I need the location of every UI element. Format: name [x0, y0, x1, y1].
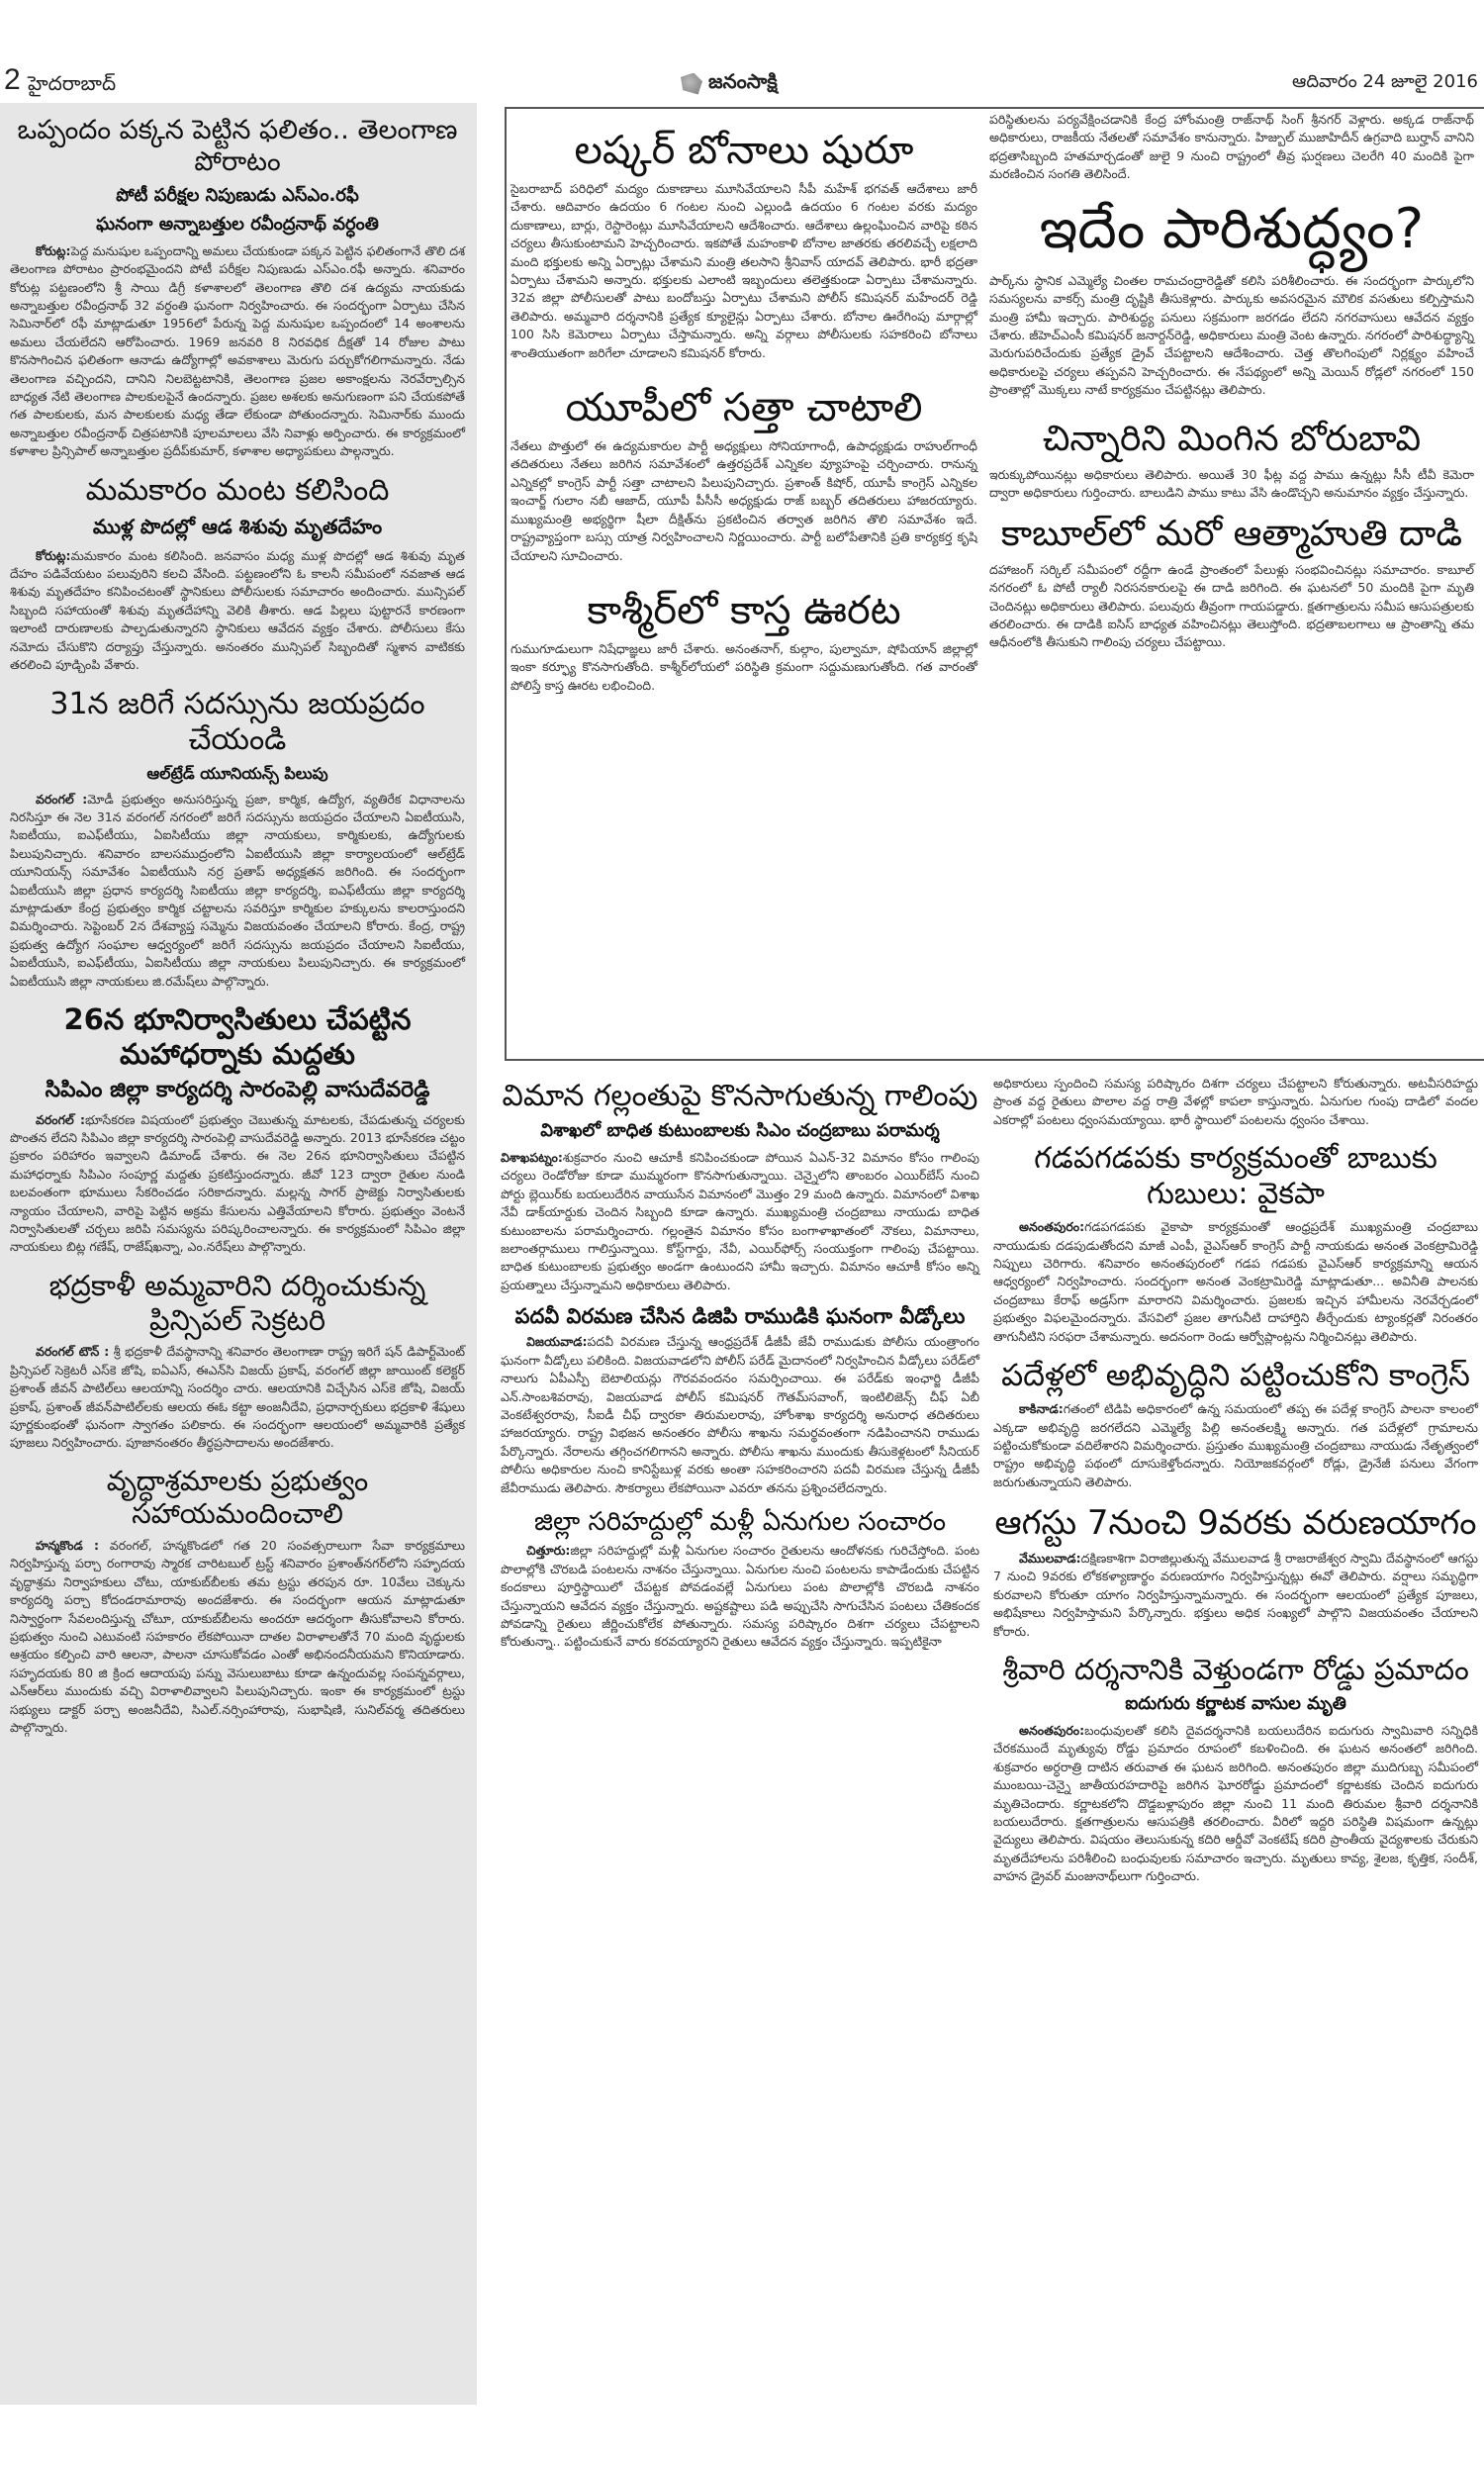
article-oppandam: ఒప్పందం పక్కన పెట్టిన ఫలితం.. తెలంగాణ పో…	[10, 115, 465, 461]
article-body: వరంగల్ :మోడీ ప్రభుత్వం అనుసరిస్తున్న ప్ర…	[10, 791, 465, 991]
article-body: అనంతపురం:బంధువులతో కలిసి దైవదర్శనానికి బ…	[993, 1722, 1478, 1886]
article-gadapagadapaku: గడపగడపకు కార్యక్రమంతో బాబుకు గుబులు: వైక…	[993, 1141, 1478, 1346]
article-body: వరంగల్ :భూసేకరణ విషయంలో ప్రభుత్వం చెబుతు…	[10, 1111, 465, 1257]
subheadline: సిపిఎం జిల్లా కార్యదర్శి సారంపెల్లి వాసు…	[10, 1078, 465, 1107]
headline: కాశ్మీర్‌లో కాస్త ఊరట	[510, 587, 977, 634]
article-varunayagam: ఆగస్టు 7నుంచి 9వరకు వరుణయాగం వేములవాడ:దక…	[993, 1503, 1478, 1641]
headline: మమకారం మంట కలిసింది	[10, 473, 465, 509]
article-kabul-dadi: కాబూల్‌లో మరో ఆత్మాహుతి దాడి దహాజంగ్ సర్…	[989, 513, 1474, 652]
headline: వృద్ధాశ్రమాలకు ప్రభుత్వం సహాయమందించాలి	[10, 1465, 465, 1531]
article-body: పరిస్థితులను పర్యవేక్షించడానికి కేంద్ర హ…	[989, 111, 1474, 184]
article-dgp-veedkolu: పదవీ విరమణ చేసిన డిజిపి రాముడికి ఘనంగా వ…	[501, 1304, 979, 1497]
headline: కాబూల్‌లో మరో ఆత్మాహుతి దాడి	[989, 513, 1474, 555]
subheadline: ఘనంగా అన్నాబత్తుల రవీంద్రనాథ్ వర్ధంతి	[10, 214, 465, 238]
logo-text: జనంసాక్షి	[708, 69, 778, 98]
subheadline: ముళ్ల పొదల్లో ఆడ శిశువు మృతదేహం	[10, 515, 465, 543]
article-body: చిత్తూరు:జిల్లా సరిహద్దుల్లో మళ్లీ ఏనుగు…	[501, 1542, 979, 1651]
article-body: వేములవాడ:దక్షిణకాశిగా విరాజిల్లుతున్న వే…	[993, 1550, 1478, 1641]
article-up-sattha: యూపీలో సత్తా చాటాలి నేతలు పొత్తులో ఈ ఉద్…	[510, 384, 977, 565]
article-body: వరంగల్ టౌన్ : శ్రీ భద్రకాళీ దేవస్థానాన్న…	[10, 1343, 465, 1452]
subheadline: ఐదుగురు కర్ణాటక వాసుల మృతి	[993, 1693, 1478, 1718]
headline: భద్రకాళీ అమ్మవారిని దర్శించుకున్న ప్రిన్…	[10, 1269, 465, 1338]
article-borubavi: చిన్నారిని మింగిన బోరుబావి ఇరుక్కుపోయినట…	[989, 418, 1474, 503]
boxed-center-column: లష్కర్ బోనాలు షురూ సైబరాబాద్ పరిధిలో మద్…	[510, 111, 977, 695]
article-31na-sadassu: 31న జరిగే సదస్సును జయప్రదం చేయండి ఆల్‌ట్…	[10, 687, 465, 991]
article-body: కోరుట్ల:మమకారం మంట కలిసింది. జనవాసం మధ్య…	[10, 547, 465, 675]
headline: పదవీ విరమణ చేసిన డిజిపి రాముడికి ఘనంగా వ…	[501, 1304, 979, 1329]
article-padellalo: పదేళ్లలో అభివృద్ధిని పట్టించుకోని కాంగ్ర…	[993, 1358, 1478, 1491]
article-26na-mahadharna: 26న భూనిర్వాసితులు చేపట్టిన మహాధర్నాకు మ…	[10, 1002, 465, 1257]
article-body: దహాజంగ్ సర్కిల్ సమీపంలో రద్దీగా ఉండే ప్ర…	[989, 561, 1474, 652]
bottom-right-column: అధికారులు స్పందించి సమస్య పరిష్కారం దిశగ…	[993, 1065, 1478, 1886]
article-body: హన్మకొండ : వరంగల్, హన్మకొండలో గత 20 సంవత…	[10, 1537, 465, 1737]
section-title: హైదరాబాద్	[28, 71, 116, 100]
subheadline: ఆల్‌ట్రేడ్ యూనియన్స్ పిలుపు	[10, 764, 465, 787]
headline: ఆగస్టు 7నుంచి 9వరకు వరుణయాగం	[993, 1503, 1478, 1544]
article-body: గుముగూడులుగా నిషేధాజ్ఞలు జారీ చేశారు. అన…	[510, 640, 977, 695]
article-mamakaram: మమకారం మంట కలిసింది ముళ్ల పొదల్లో ఆడ శిశ…	[10, 473, 465, 675]
bottom-center-column: విమాన గల్లంతుపై కొనసాగుతున్న గాలింపు విశ…	[501, 1069, 979, 1652]
article-body: కాకినాడ:గతంలో టిడిపి అధికారంలో ఉన్న సమయం…	[993, 1400, 1478, 1491]
article-enugula-continued: అధికారులు స్పందించి సమస్య పరిష్కారం దిశగ…	[993, 1075, 1478, 1129]
article-body: పార్క్‌ను స్థానిక ఎమ్మెల్యే చింతల రామచంద…	[989, 272, 1474, 400]
article-body: సైబరాబాద్ పరిధిలో మద్యం దుకాణాలు మూసివేయ…	[510, 180, 977, 362]
article-lashkar-bonalu: లష్కర్ బోనాలు షురూ సైబరాబాద్ పరిధిలో మద్…	[510, 127, 977, 362]
article-body: కోరుట్ల:పెద్ద మనుషుల ఒప్పందాన్ని అమలు చే…	[10, 242, 465, 461]
article-body: అనంతపురం:గడపగడపకు వైకాపా కార్యక్రమంతో ఆం…	[993, 1218, 1478, 1346]
article-bhadrakali: భద్రకాళీ అమ్మవారిని దర్శించుకున్న ప్రిన్…	[10, 1269, 465, 1453]
headline: విమాన గల్లంతుపై కొనసాగుతున్న గాలింపు	[501, 1079, 979, 1114]
headline: ఇదేం పారిశుద్ధ్యం?	[989, 196, 1474, 262]
article-kashmir-oorata: కాశ్మీర్‌లో కాస్త ఊరట గుముగూడులుగా నిషేధ…	[510, 587, 977, 695]
masthead: 2 హైదరాబాద్ జనంసాక్షి ఆదివారం 24 జూలై 20…	[0, 61, 1484, 99]
headline: 31న జరిగే సదస్సును జయప్రదం చేయండి	[10, 687, 465, 758]
newspaper-logo: జనంసాక్షి	[681, 69, 778, 98]
left-column: ఒప్పందం పక్కన పెట్టిన ఫలితం.. తెలంగాణ పో…	[0, 103, 477, 2405]
subheadline: విశాఖలో బాధిత కుటుంబాలకు సిఎం చంద్రబాబు …	[501, 1120, 979, 1145]
subheadline: పోటీ పరీక్షల నిపుణుడు ఎస్‌ఎం.రఫీ	[10, 185, 465, 210]
headline: పదేళ్లలో అభివృద్ధిని పట్టించుకోని కాంగ్ర…	[993, 1358, 1478, 1394]
issue-date: ఆదివారం 24 జూలై 2016	[1292, 71, 1478, 96]
article-vimana-gallanthu: విమాన గల్లంతుపై కొనసాగుతున్న గాలింపు విశ…	[501, 1079, 979, 1294]
article-body: నేతలు పొత్తులో ఈ ఉద్యమకారుల పార్టీ అధ్యక…	[510, 437, 977, 565]
article-idem-parishuddhyam: ఇదేం పారిశుద్ధ్యం? పార్క్‌ను స్థానిక ఎమ్…	[989, 196, 1474, 400]
headline: గడపగడపకు కార్యక్రమంతో బాబుకు గుబులు: వైక…	[993, 1141, 1478, 1212]
article-body: విశాఖపట్నం:శుక్రవారం నుంచి ఆచూకీ కనిపించ…	[501, 1149, 979, 1294]
article-body: విజయవాడ:పదవీ విరమణ చేస్తున్న ఆంధ్రప్రదేశ…	[501, 1333, 979, 1497]
headline: శ్రీవారి దర్శనానికి వెళ్తుండగా రోడ్డు ప్…	[993, 1653, 1478, 1687]
article-road-accident: శ్రీవారి దర్శనానికి వెళ్తుండగా రోడ్డు ప్…	[993, 1653, 1478, 1885]
headline: చిన్నారిని మింగిన బోరుబావి	[989, 418, 1474, 460]
article-vriddhashramalu: వృద్ధాశ్రమాలకు ప్రభుత్వం సహాయమందించాలి హ…	[10, 1465, 465, 1738]
article-body: ఇరుక్కుపోయినట్లు అధికారులు తెలిపారు. అయి…	[989, 466, 1474, 503]
headline: జిల్లా సరిహద్దుల్లో మళ్లీ ఏనుగుల సంచారం	[501, 1507, 979, 1538]
article-enugula-sancharam: జిల్లా సరిహద్దుల్లో మళ్లీ ఏనుగుల సంచారం …	[501, 1507, 979, 1652]
headline: యూపీలో సత్తా చాటాలి	[510, 384, 977, 431]
telangana-map-icon	[681, 73, 702, 95]
page-number: 2	[4, 63, 21, 97]
headline: 26న భూనిర్వాసితులు చేపట్టిన మహాధర్నాకు మ…	[10, 1002, 465, 1072]
headline: లష్కర్ బోనాలు షురూ	[510, 127, 977, 174]
article-kashmir-continued: పరిస్థితులను పర్యవేక్షించడానికి కేంద్ర హ…	[989, 111, 1474, 184]
boxed-right-column: పరిస్థితులను పర్యవేక్షించడానికి కేంద్ర హ…	[989, 111, 1474, 652]
dateline: కోరుట్ల:	[36, 243, 71, 258]
article-body: అధికారులు స్పందించి సమస్య పరిష్కారం దిశగ…	[993, 1075, 1478, 1129]
headline: ఒప్పందం పక్కన పెట్టిన ఫలితం.. తెలంగాణ పో…	[10, 115, 465, 179]
